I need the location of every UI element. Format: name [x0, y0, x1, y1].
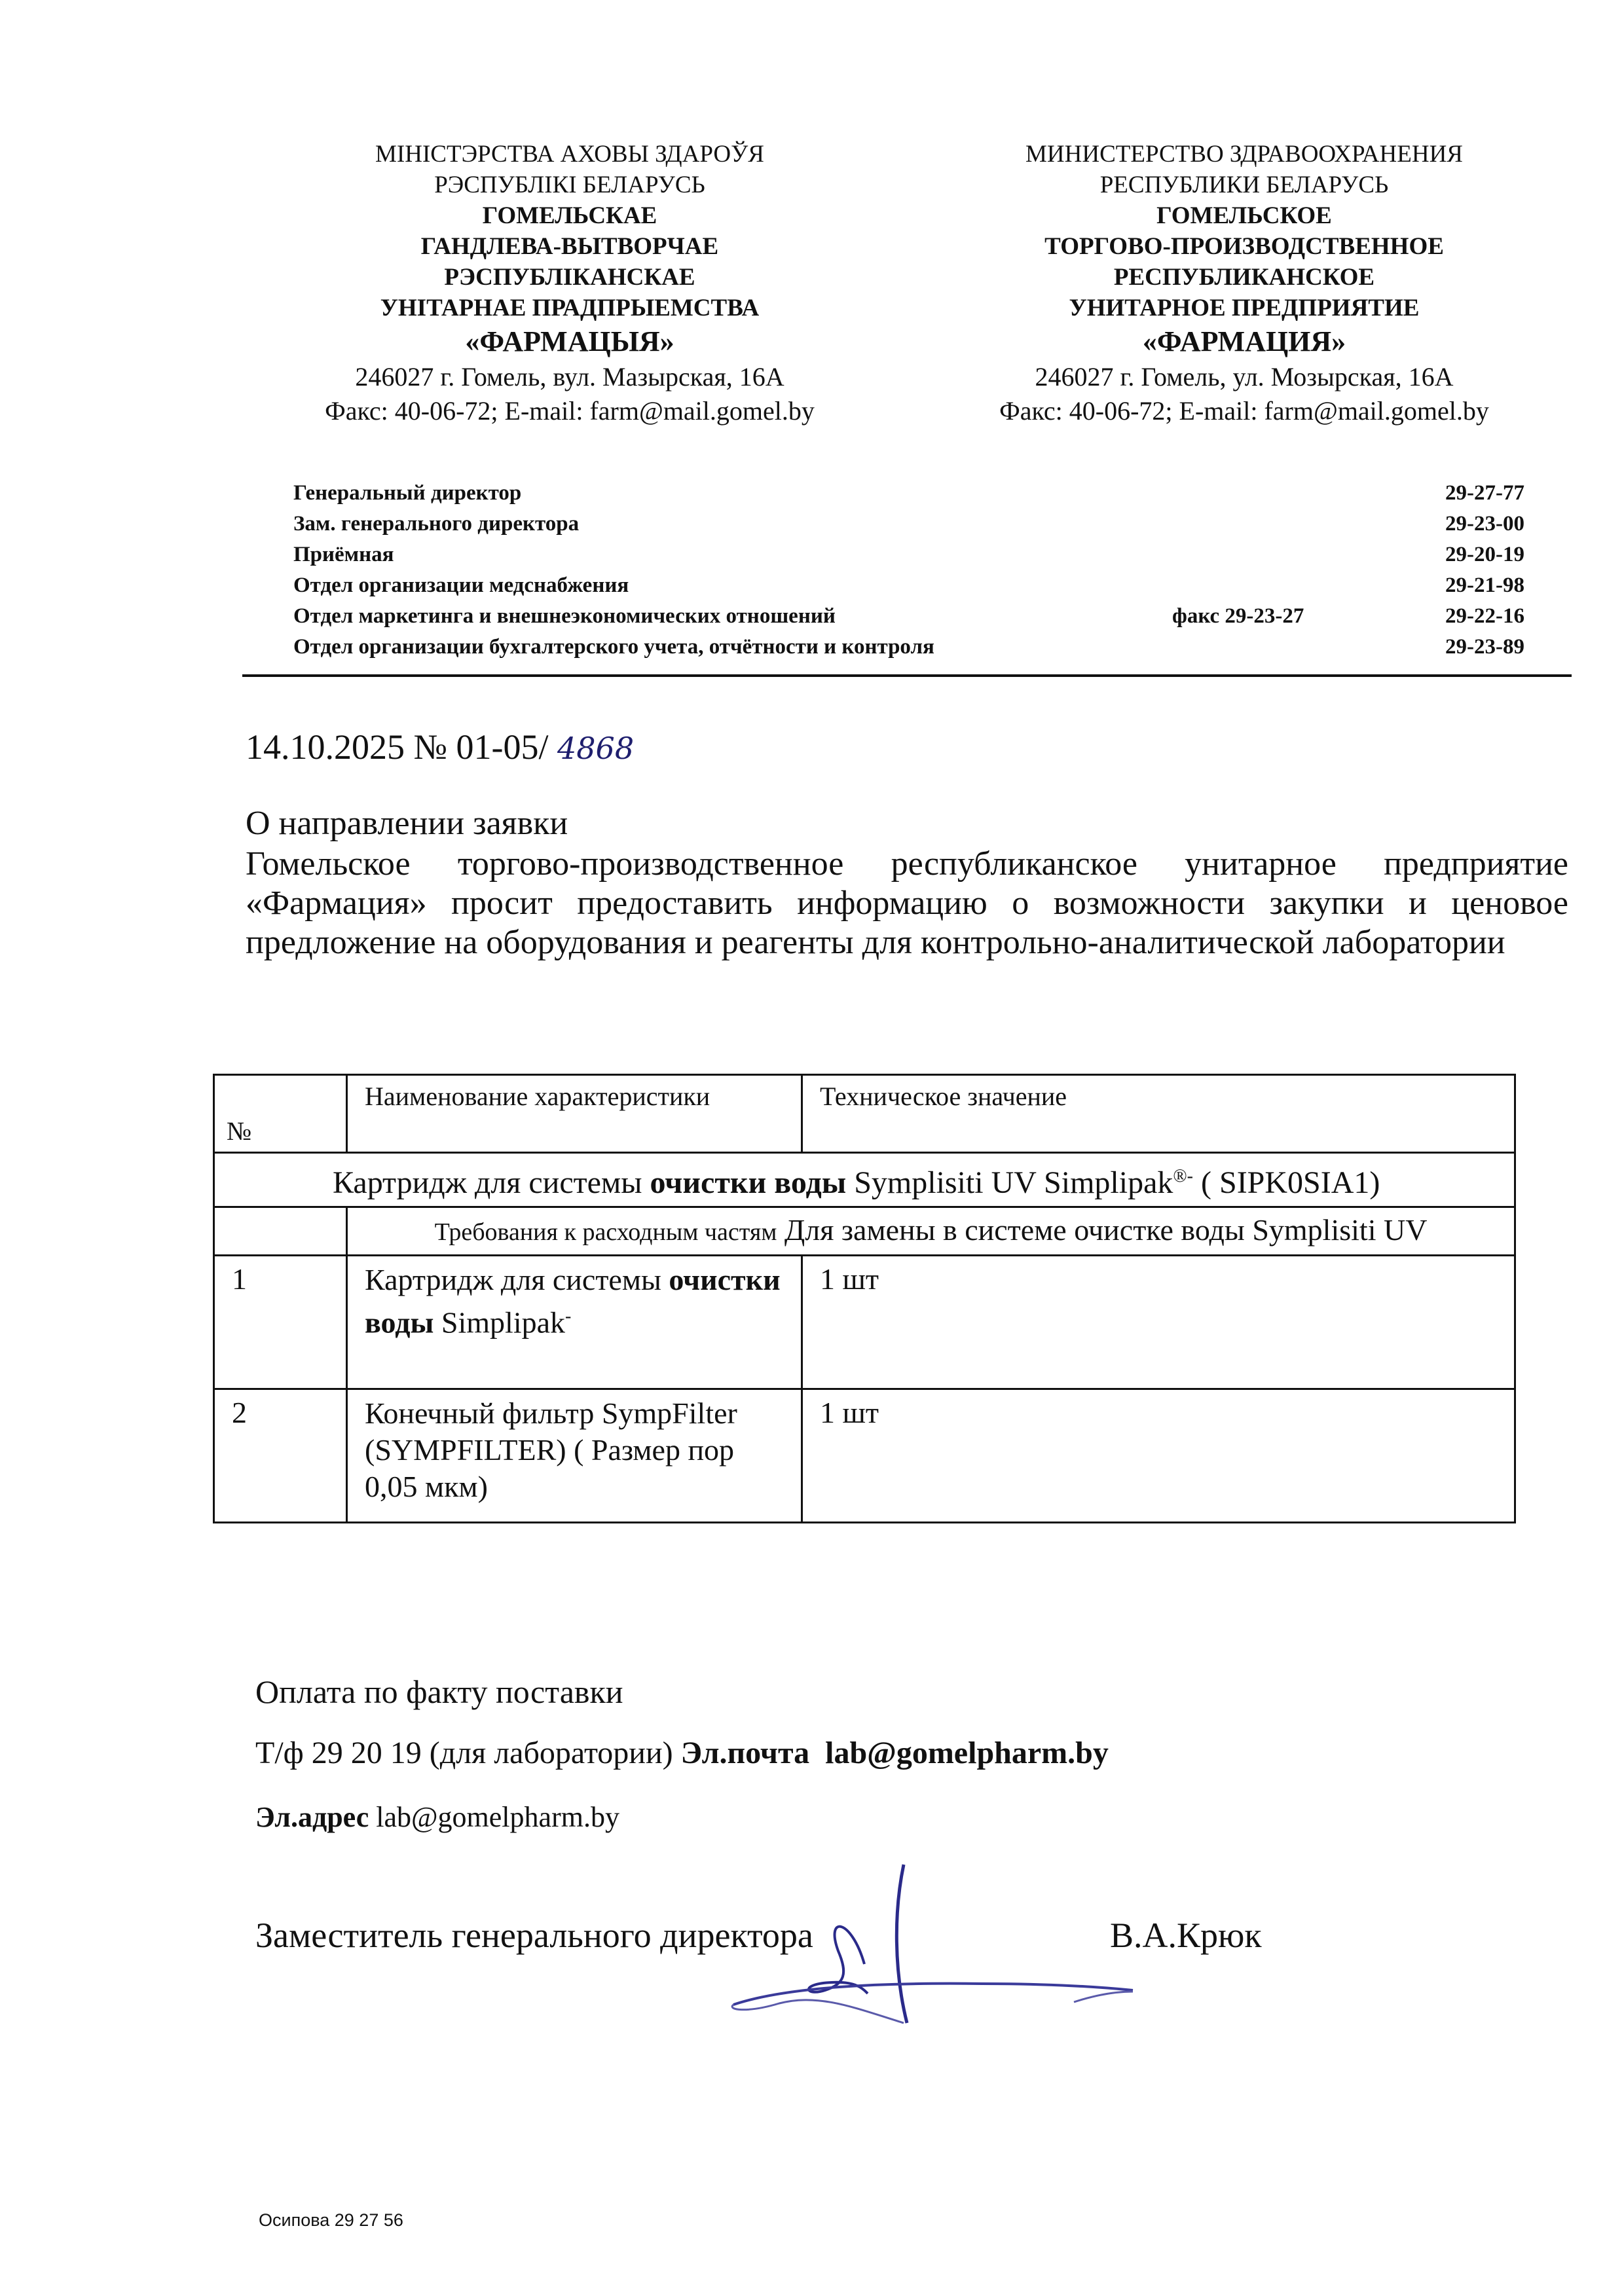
contact-label: Генеральный директор — [293, 478, 521, 509]
table-section-row: Картридж для системы очистки воды Sympli… — [214, 1153, 1515, 1207]
ministry-line: РЕСПУБЛИКИ БЕЛАРУСЬ — [930, 170, 1559, 200]
specification-table: № Наименование характеристики Техническо… — [213, 1074, 1516, 1523]
letterhead-belarusian: МІНІСТЭРСТВА АХОВЫ ЗДАРОЎЯ РЭСПУБЛІКІ БЕ… — [275, 139, 864, 428]
table-header-row: № Наименование характеристики Техническо… — [214, 1075, 1515, 1153]
org-contact: Факс: 40-06-72; E-mail: farm@mail.gomel.… — [930, 394, 1559, 428]
row-number: 2 — [214, 1389, 347, 1523]
body-paragraph: Гомельское торгово-производственное респ… — [246, 845, 1568, 962]
address-value[interactable]: lab@gomelpharm.by — [369, 1801, 619, 1833]
org-line: УНІТАРНАЕ ПРАДПРЫЕМСТВА — [275, 293, 864, 323]
org-line: ГОМЕЛЬСКОЕ — [930, 200, 1559, 231]
contact-phone: 29-27-77 — [1445, 478, 1524, 509]
contact-row: Генеральный директор 29-27-77 — [293, 478, 1524, 509]
contact-label: Отдел организации бухгалтерского учета, … — [293, 632, 934, 663]
payment-terms: Оплата по факту поставки — [255, 1673, 623, 1711]
org-line: ТОРГОВО-ПРОИЗВОДСТВЕННОЕ — [930, 231, 1559, 262]
email-label: Эл.почта — [681, 1736, 810, 1770]
contact-row: Отдел организации медснабжения 29-21-98 — [293, 570, 1524, 601]
header-name: Наименование характеристики — [347, 1075, 802, 1153]
table-row: 1 Картридж для системы очистки воды Simp… — [214, 1256, 1515, 1389]
requirements-cell: Требования к расходным частям Для замены… — [347, 1207, 1515, 1256]
row-name: Картридж для системы очистки воды Simpli… — [347, 1256, 802, 1389]
row-name: Конечный фильтр SympFilter (SYMPFILTER) … — [347, 1389, 802, 1523]
header-value: Техническое значение — [802, 1075, 1515, 1153]
address-line: Эл.адрес lab@gomelpharm.by — [255, 1800, 619, 1834]
org-name: «ФАРМАЦЫЯ» — [275, 323, 864, 360]
header-divider — [242, 674, 1572, 677]
org-address: 246027 г. Гомель, вул. Мазырская, 16А — [275, 360, 864, 394]
contact-phone: 29-22-16 — [1445, 601, 1524, 632]
table-requirements-row: Требования к расходным частям Для замены… — [214, 1207, 1515, 1256]
contact-row: Приёмная 29-20-19 — [293, 539, 1524, 570]
footer-executor: Осипова 29 27 56 — [259, 2210, 403, 2231]
phone-email-line: Т/ф 29 20 19 (для лаборатории) Эл.почта … — [255, 1735, 1109, 1771]
header-number: № — [214, 1075, 347, 1153]
requirements-value: Для замены в системе очистке воды Sympli… — [784, 1213, 1428, 1247]
contacts-list: Генеральный директор 29-27-77 Зам. генер… — [293, 478, 1524, 663]
subject-line: О направлении заявки — [246, 804, 568, 843]
org-line: РЕСПУБЛИКАНСКОЕ — [930, 262, 1559, 293]
contact-label: Отдел организации медснабжения — [293, 570, 629, 601]
contact-label: Приёмная — [293, 539, 394, 570]
org-line: ГОМЕЛЬСКАЕ — [275, 200, 864, 231]
ministry-line: МІНІСТЭРСТВА АХОВЫ ЗДАРОЎЯ — [275, 139, 864, 170]
reference-handwritten-number: 4868 — [557, 731, 634, 766]
contact-phone: 29-23-00 — [1445, 509, 1524, 539]
contact-phone: 29-21-98 — [1445, 570, 1524, 601]
table-row: 2 Конечный фильтр SympFilter (SYMPFILTER… — [214, 1389, 1515, 1523]
contact-phone: 29-23-89 — [1445, 632, 1524, 663]
org-address: 246027 г. Гомель, ул. Мозырская, 16А — [930, 360, 1559, 394]
contact-row: Отдел маркетинга и внешнеэкономических о… — [293, 601, 1524, 632]
org-name: «ФАРМАЦИЯ» — [930, 323, 1559, 360]
reference-printed: 14.10.2025 № 01-05/ — [246, 727, 549, 767]
contact-fax: факс 29-23-27 — [1172, 601, 1304, 632]
address-label: Эл.адрес — [255, 1801, 369, 1833]
document-reference: 14.10.2025 № 01-05/ 4868 — [246, 727, 634, 767]
signer-name: В.А.Крюк — [1110, 1915, 1262, 1956]
org-line: ГАНДЛЕВА-ВЫТВОРЧАЕ — [275, 231, 864, 262]
section-title: Картридж для системы очистки воды Sympli… — [214, 1153, 1515, 1207]
row-number: 1 — [214, 1256, 347, 1389]
ministry-line: МИНИСТЕРСТВО ЗДРАВООХРАНЕНИЯ — [930, 139, 1559, 170]
org-line: УНИТАРНОЕ ПРЕДПРИЯТИЕ — [930, 293, 1559, 323]
phone-text: Т/ф 29 20 19 (для лаборатории) — [255, 1736, 681, 1770]
org-line: РЭСПУБЛІКАНСКАЕ — [275, 262, 864, 293]
contact-label: Зам. генерального директора — [293, 509, 579, 539]
requirements-label: Требования к расходным частям — [435, 1218, 777, 1246]
org-contact: Факс: 40-06-72; E-mail: farm@mail.gomel.… — [275, 394, 864, 428]
row-value: 1 шт — [802, 1389, 1515, 1523]
row-value: 1 шт — [802, 1256, 1515, 1389]
contact-label: Отдел маркетинга и внешнеэкономических о… — [293, 601, 836, 632]
ministry-line: РЭСПУБЛІКІ БЕЛАРУСЬ — [275, 170, 864, 200]
letterhead-russian: МИНИСТЕРСТВО ЗДРАВООХРАНЕНИЯ РЕСПУБЛИКИ … — [930, 139, 1559, 428]
email-link[interactable]: lab@gomelpharm.by — [825, 1736, 1109, 1770]
contact-phone: 29-20-19 — [1445, 539, 1524, 570]
contact-row: Зам. генерального директора 29-23-00 — [293, 509, 1524, 539]
contact-row: Отдел организации бухгалтерского учета, … — [293, 632, 1524, 663]
